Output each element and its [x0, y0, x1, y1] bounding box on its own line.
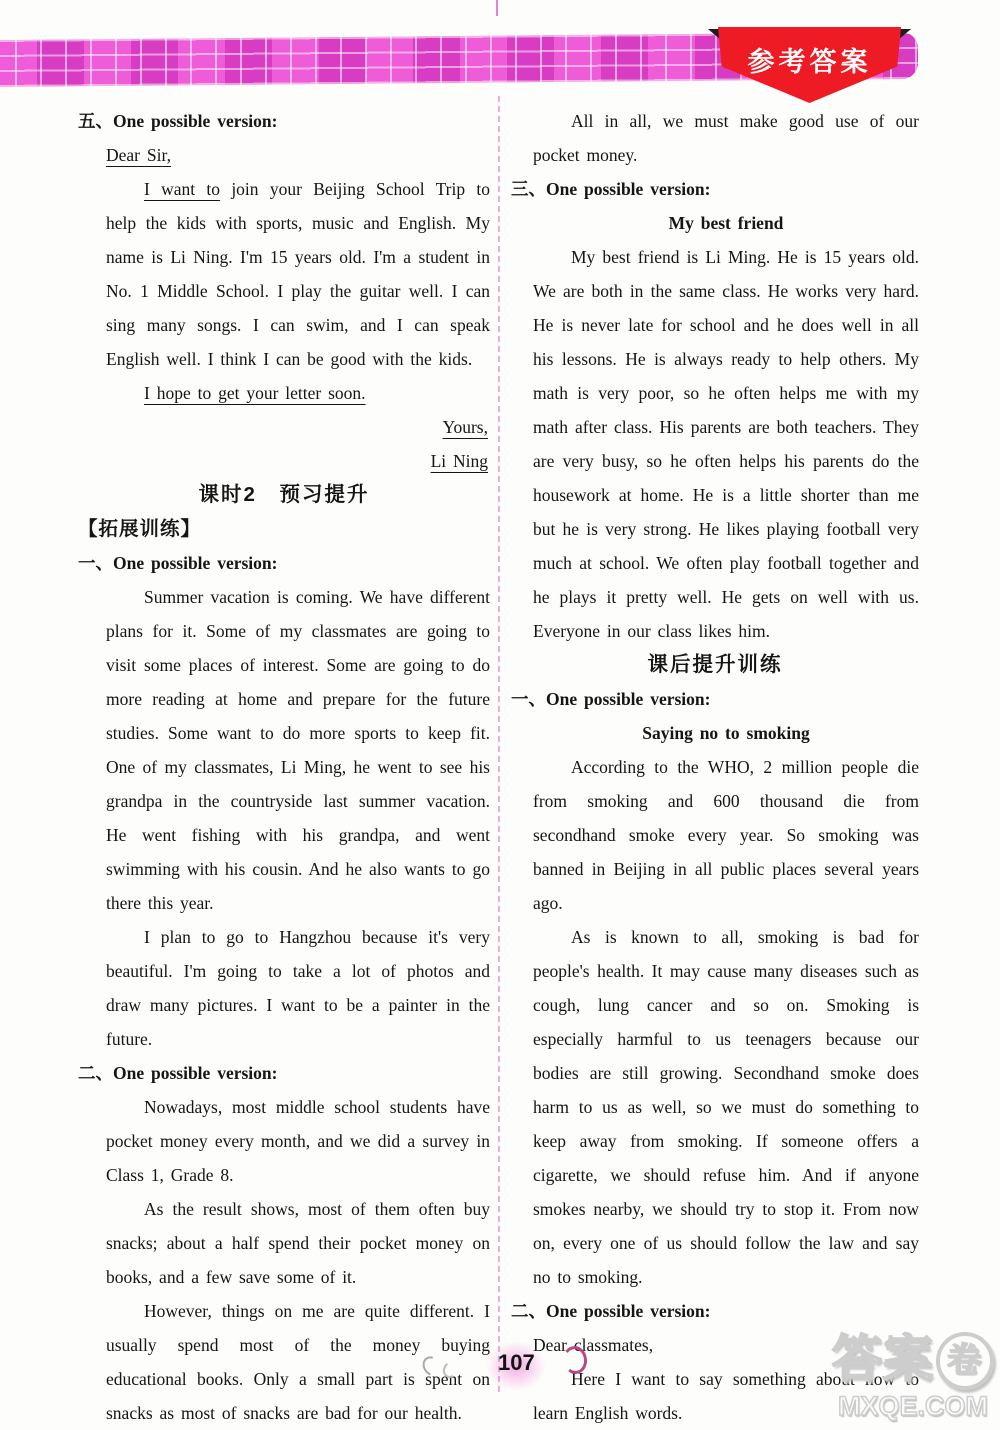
- section-2-marker: 二、: [78, 1063, 113, 1083]
- letter-closing-line: I hope to get your letter soon.: [106, 376, 490, 410]
- section-2-title: One possible version:: [546, 1301, 710, 1321]
- right-column: All in all, we must make good use of our…: [511, 104, 919, 1430]
- section-2-marker: 二、: [511, 1301, 546, 1321]
- essay-paragraph: As is known to all, smoking is bad for p…: [533, 920, 919, 1294]
- page-number: 107: [498, 1350, 535, 1376]
- essay-title: My best friend: [533, 206, 919, 240]
- section-2-label: 二、One possible version:: [78, 1056, 490, 1090]
- print-artifact-arc: [561, 1344, 589, 1375]
- workbook-answer-page: 参考答案 五、One possible version: Dear Sir, I…: [0, 0, 1000, 1430]
- essay-paragraph: My best friend is Li Ming. He is 15 year…: [533, 240, 919, 648]
- section-3-title: One possible version:: [546, 179, 710, 199]
- section-5-label: 五、One possible version:: [78, 104, 490, 138]
- section-1-label: 一、One possible version:: [78, 546, 490, 580]
- section-2-title: One possible version:: [113, 1063, 277, 1083]
- letter-paragraph: I want to join your Beijing School Trip …: [106, 172, 490, 376]
- section-3-marker: 三、: [511, 179, 546, 199]
- page-number-area: 107: [415, 1338, 605, 1400]
- essay-paragraph: I plan to go to Hangzhou because it's ve…: [106, 920, 490, 1056]
- section-1-marker: 一、: [511, 689, 546, 709]
- section-1-marker: 一、: [78, 553, 113, 573]
- section-5-marker: 五、: [78, 111, 113, 131]
- underlined-phrase: I want to: [144, 179, 220, 199]
- site-watermark: 答案卷 MXQE.COM: [826, 1330, 1000, 1422]
- reference-answers-ribbon-badge: 参考答案: [718, 27, 901, 103]
- essay-title: Saying no to smoking: [533, 716, 919, 750]
- ribbon-label: 参考答案: [748, 40, 872, 79]
- section-2-label: 二、One possible version:: [511, 1294, 919, 1328]
- print-artifact-squiggle: [441, 1360, 459, 1379]
- watermark-domain: MXQE.COM: [826, 1390, 1000, 1422]
- section-1-label: 一、One possible version:: [511, 682, 919, 716]
- expansion-training-heading: 【拓展训练】: [78, 512, 490, 546]
- column-divider: [498, 96, 500, 1392]
- page-fold-mark: [496, 0, 498, 16]
- essay-paragraph: Summer vacation is coming. We have diffe…: [106, 580, 490, 920]
- essay-paragraph: According to the WHO, 2 million people d…: [533, 750, 919, 920]
- essay-paragraph: Nowadays, most middle school students ha…: [106, 1090, 490, 1192]
- section-3-label: 三、One possible version:: [511, 172, 919, 206]
- essay-paragraph: All in all, we must make good use of our…: [533, 104, 919, 172]
- watermark-brand: 答案卷: [826, 1330, 1000, 1390]
- essay-paragraph: As the result shows, most of them often …: [106, 1192, 490, 1294]
- letter-salutation: Dear Sir,: [106, 138, 490, 172]
- watermark-circle-icon: 卷: [936, 1332, 994, 1390]
- letter-signature: Li Ning: [106, 444, 488, 478]
- section-1-title: One possible version:: [113, 553, 277, 573]
- print-artifact-squiggle: [419, 1353, 444, 1379]
- letter-signoff: Yours,: [106, 410, 488, 444]
- section-1-title: One possible version:: [546, 689, 710, 709]
- left-column: 五、One possible version: Dear Sir, I want…: [78, 104, 490, 1430]
- after-class-training-heading: 课后提升训练: [511, 648, 919, 682]
- section-5-title: One possible version:: [113, 111, 277, 131]
- lesson-2-heading: 课时2 预习提升: [78, 478, 490, 512]
